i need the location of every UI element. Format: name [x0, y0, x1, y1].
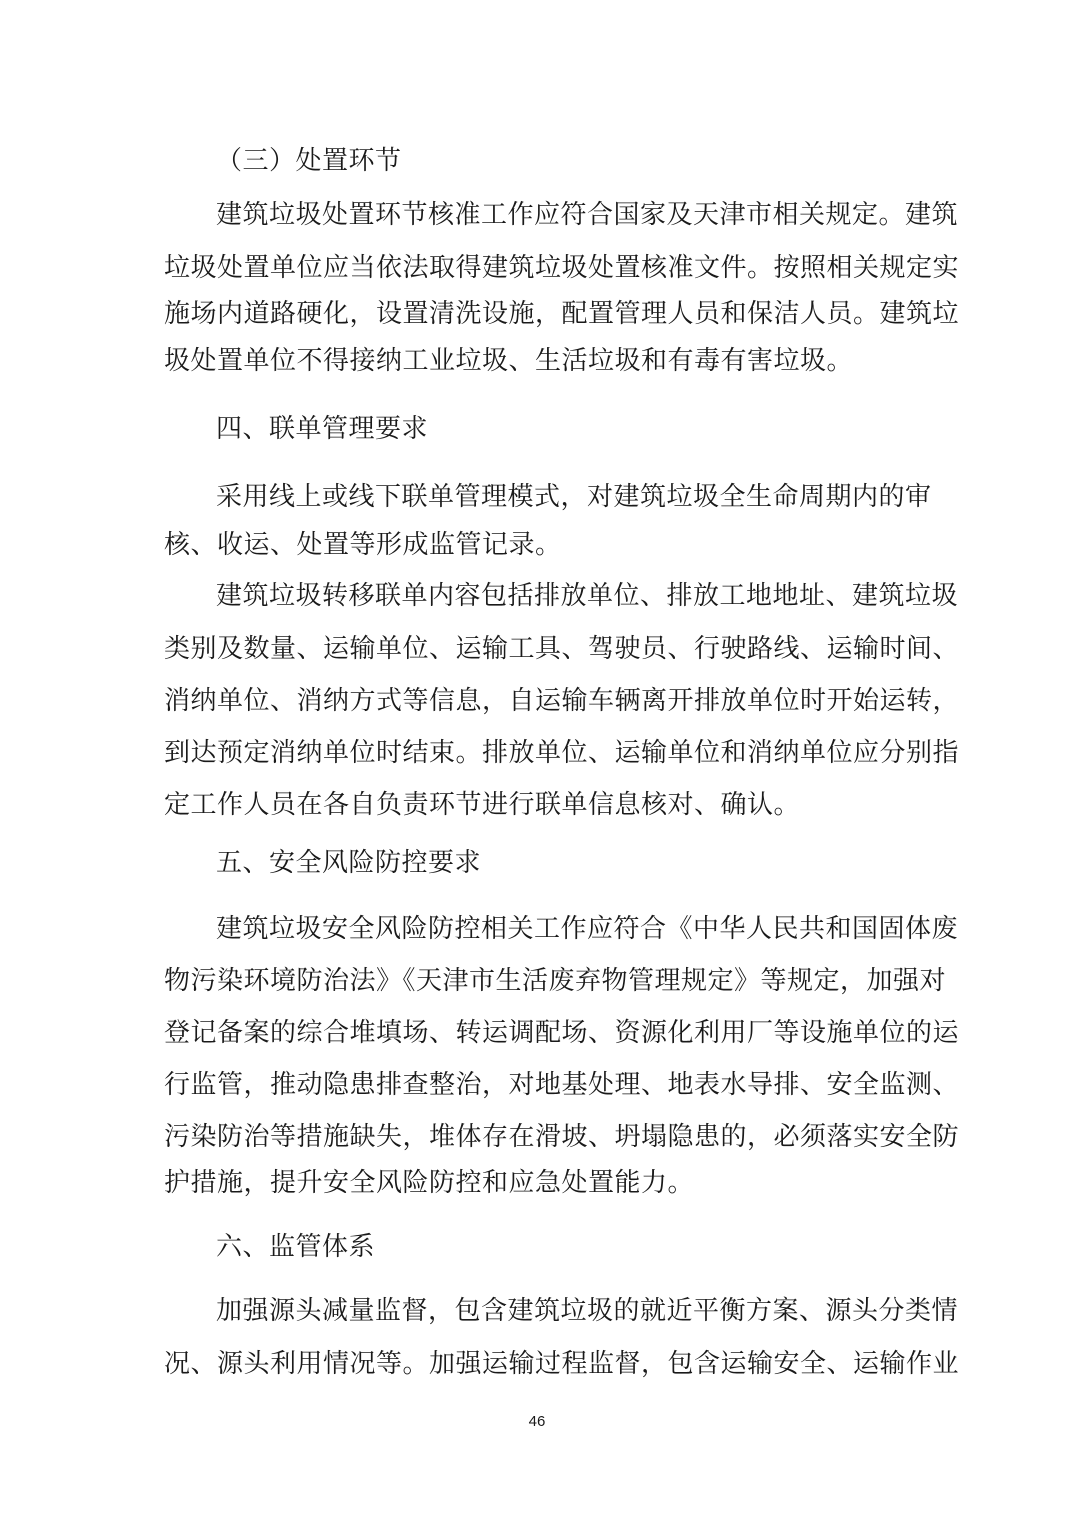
section-heading-safety: 五、安全风险防控要求 [216, 848, 481, 878]
paragraph-line: 核、收运、处置等形成监管记录。 [164, 530, 562, 560]
paragraph-line: 建筑垃圾处置环节核准工作应符合国家及天津市相关规定。建筑 [216, 200, 916, 230]
paragraph-line: 采用线上或线下联单管理模式，对建筑垃圾全生命周期内的审 [216, 482, 916, 512]
paragraph-line: 建筑垃圾安全风险防控相关工作应符合《中华人民共和国固体废 [216, 914, 916, 944]
paragraph-line: 到达预定消纳单位时结束。排放单位、运输单位和消纳单位应分别指 [164, 738, 916, 768]
paragraph-line: 垃圾处置单位应当依法取得建筑垃圾处置核准文件。按照相关规定实 [164, 253, 916, 283]
paragraph-line: 污染防治等措施缺失，堆体存在滑坡、坍塌隐患的，必须落实安全防 [164, 1122, 916, 1152]
paragraph-line: 消纳单位、消纳方式等信息，自运输车辆离开排放单位时开始运转， [164, 686, 916, 716]
paragraph-line: 况、源头利用情况等。加强运输过程监督，包含运输安全、运输作业 [164, 1349, 916, 1379]
section-heading-manifest: 四、联单管理要求 [216, 414, 428, 444]
paragraph-line: 施场内道路硬化，设置清洗设施，配置管理人员和保洁人员。建筑垃 [164, 299, 916, 329]
section-heading-disposal: （三）处置环节 [216, 146, 402, 176]
paragraph-line: 建筑垃圾转移联单内容包括排放单位、排放工地地址、建筑垃圾 [216, 581, 916, 611]
paragraph-line: 定工作人员在各自负责环节进行联单信息核对、确认。 [164, 790, 800, 820]
page-number: 46 [0, 1413, 1074, 1430]
section-heading-supervision: 六、监管体系 [216, 1232, 375, 1262]
paragraph-line: 类别及数量、运输单位、运输工具、驾驶员、行驶路线、运输时间、 [164, 634, 916, 664]
document-page: （三）处置环节 建筑垃圾处置环节核准工作应符合国家及天津市相关规定。建筑 垃圾处… [0, 0, 1074, 1520]
paragraph-line: 护措施，提升安全风险防控和应急处置能力。 [164, 1168, 694, 1198]
paragraph-line: 物污染环境防治法》《天津市生活废弃物管理规定》等规定，加强对 [164, 966, 916, 996]
paragraph-line: 行监管，推动隐患排查整治，对地基处理、地表水导排、安全监测、 [164, 1070, 916, 1100]
paragraph-line: 登记备案的综合堆填场、转运调配场、资源化利用厂等设施单位的运 [164, 1018, 916, 1048]
paragraph-line: 加强源头减量监督，包含建筑垃圾的就近平衡方案、源头分类情 [216, 1296, 916, 1326]
paragraph-line: 圾处置单位不得接纳工业垃圾、生活垃圾和有毒有害垃圾。 [164, 346, 853, 376]
